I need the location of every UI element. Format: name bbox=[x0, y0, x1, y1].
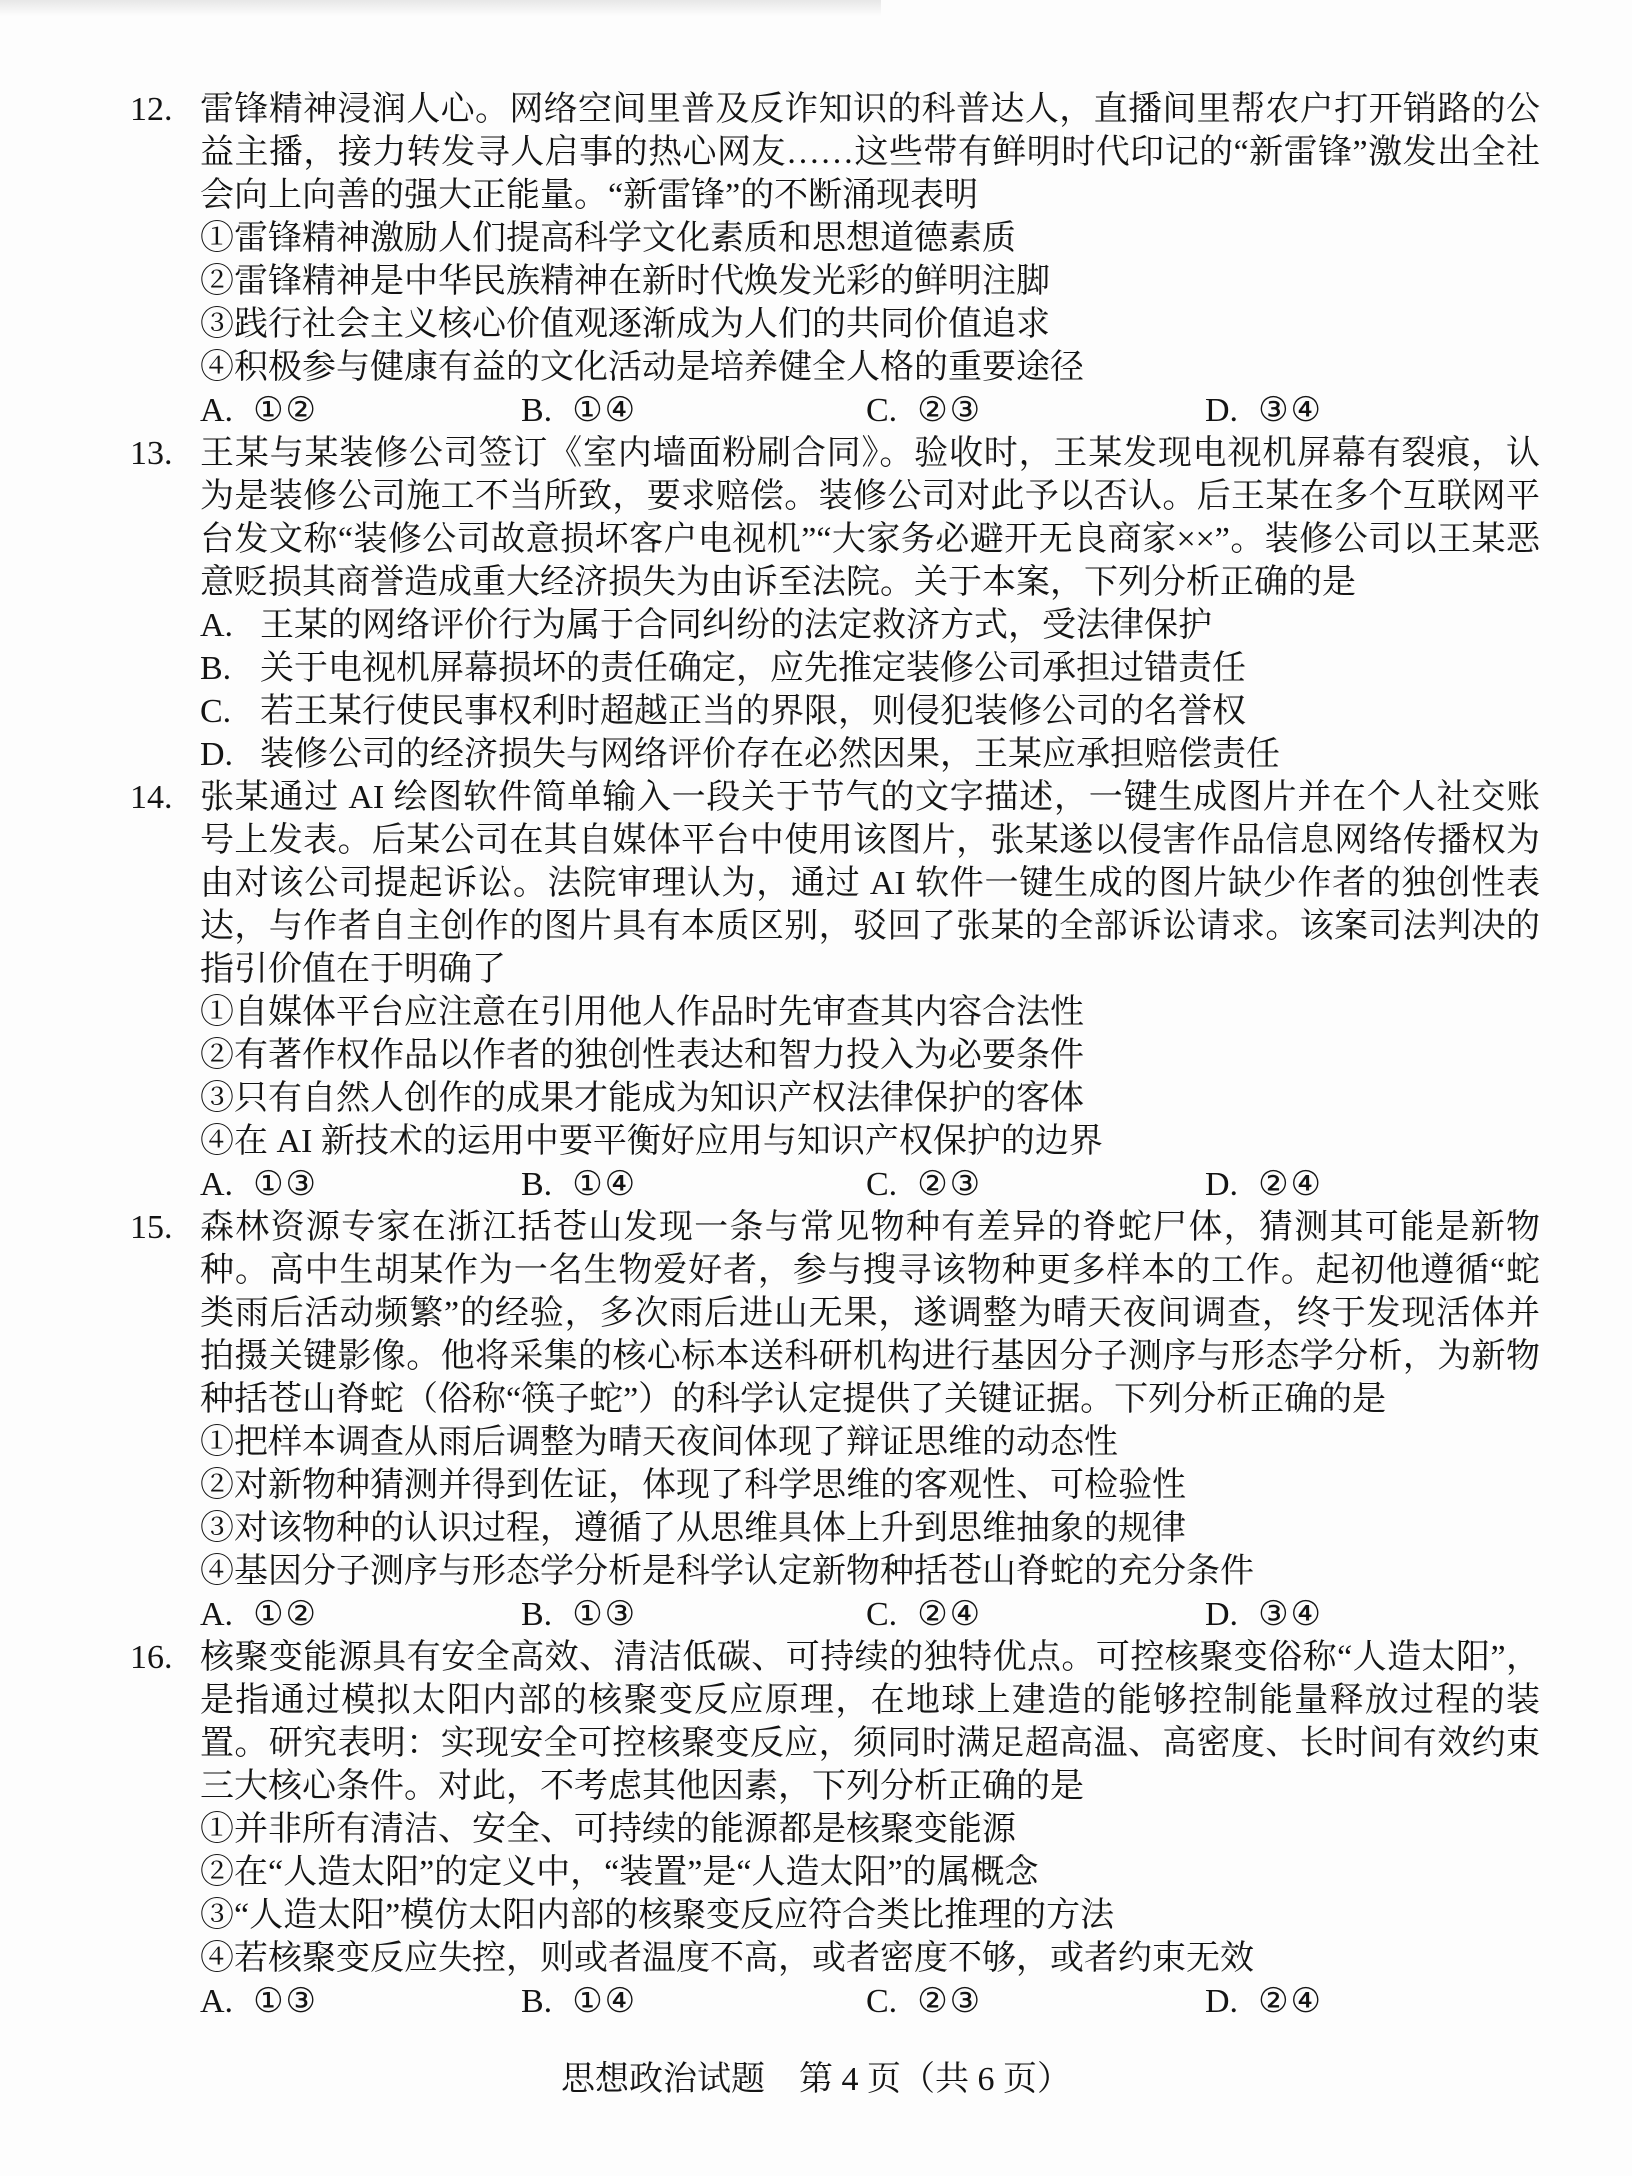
questions-area: 12. 雷锋精神浸润人心。网络空间里普及反诈知识的科普达人，直播间里帮农户打开销… bbox=[130, 88, 1540, 2023]
choice-label: C. bbox=[866, 1980, 897, 2023]
option-label: C. bbox=[200, 690, 260, 733]
choice-label: C. bbox=[866, 389, 897, 432]
question-number: 14. bbox=[130, 776, 200, 1206]
choice-label: D. bbox=[1205, 1980, 1238, 2023]
question-13: 13. 王某与某装修公司签订《室内墙面粉刷合同》。验收时，王某发现电视机屏幕有裂… bbox=[130, 432, 1540, 776]
question-number: 15. bbox=[130, 1206, 200, 1636]
choice-c: C.②④ bbox=[866, 1593, 1205, 1636]
option-d: D.装修公司的经济损失与网络评价存在必然因果，王某应承担赔偿责任 bbox=[200, 733, 1540, 776]
choice-label: A. bbox=[200, 1163, 233, 1206]
question-stem: 王某与某装修公司签订《室内墙面粉刷合同》。验收时，王某发现电视机屏幕有裂痕，认为… bbox=[200, 432, 1540, 604]
choice-label: B. bbox=[521, 1163, 552, 1206]
question-body: 王某与某装修公司签订《室内墙面粉刷合同》。验收时，王某发现电视机屏幕有裂痕，认为… bbox=[200, 432, 1540, 776]
statement-1: ①把样本调查从雨后调整为晴天夜间体现了辩证思维的动态性 bbox=[200, 1421, 1540, 1464]
question-16: 16. 核聚变能源具有安全高效、清洁低碳、可持续的独特优点。可控核聚变俗称“人造… bbox=[130, 1636, 1540, 2023]
statement-1: ①自媒体平台应注意在引用他人作品时先审查其内容合法性 bbox=[200, 991, 1540, 1034]
question-stem: 雷锋精神浸润人心。网络空间里普及反诈知识的科普达人，直播间里帮农户打开销路的公益… bbox=[200, 88, 1540, 217]
option-c: C.若王某行使民事权利时超越正当的界限，则侵犯装修公司的名誉权 bbox=[200, 690, 1540, 733]
choice-d: D.③④ bbox=[1205, 389, 1540, 432]
choice-label: D. bbox=[1205, 1163, 1238, 1206]
choice-c: C.②③ bbox=[866, 389, 1205, 432]
option-a: A.王某的网络评价行为属于合同纠纷的法定救济方式，受法律保护 bbox=[200, 604, 1540, 647]
statement-4: ④积极参与健康有益的文化活动是培养健全人格的重要途径 bbox=[200, 346, 1540, 389]
choice-label: A. bbox=[200, 1593, 233, 1636]
statement-1: ①雷锋精神激励人们提高科学文化素质和思想道德素质 bbox=[200, 217, 1540, 260]
question-12: 12. 雷锋精神浸润人心。网络空间里普及反诈知识的科普达人，直播间里帮农户打开销… bbox=[130, 88, 1540, 432]
question-body: 核聚变能源具有安全高效、清洁低碳、可持续的独特优点。可控核聚变俗称“人造太阳”，… bbox=[200, 1636, 1540, 2023]
choice-label: C. bbox=[866, 1593, 897, 1636]
option-text: 装修公司的经济损失与网络评价存在必然因果，王某应承担赔偿责任 bbox=[260, 733, 1540, 776]
choice-label: D. bbox=[1205, 389, 1238, 432]
statement-2: ②在“人造太阳”的定义中，“装置”是“人造太阳”的属概念 bbox=[200, 1851, 1540, 1894]
choice-label: B. bbox=[521, 389, 552, 432]
option-text: 若王某行使民事权利时超越正当的界限，则侵犯装修公司的名誉权 bbox=[260, 690, 1540, 733]
question-body: 森林资源专家在浙江括苍山发现一条与常见物种有差异的脊蛇尸体，猜测其可能是新物种。… bbox=[200, 1206, 1540, 1636]
choice-d: D.②④ bbox=[1205, 1980, 1540, 2023]
question-stem: 森林资源专家在浙江括苍山发现一条与常见物种有差异的脊蛇尸体，猜测其可能是新物种。… bbox=[200, 1206, 1540, 1421]
choice-label: A. bbox=[200, 1980, 233, 2023]
choice-b: B.①③ bbox=[521, 1593, 866, 1636]
choice-label: B. bbox=[521, 1980, 552, 2023]
choice-d: D.③④ bbox=[1205, 1593, 1540, 1636]
page-footer: 思想政治试题 第 4 页（共 6 页） bbox=[0, 2058, 1632, 2101]
choice-b: B.①④ bbox=[521, 1163, 866, 1206]
option-label: D. bbox=[200, 733, 260, 776]
statement-2: ②有著作权作品以作者的独创性表达和智力投入为必要条件 bbox=[200, 1034, 1540, 1077]
choices-row: A.①② B.①③ C.②④ D.③④ bbox=[200, 1593, 1540, 1636]
choice-b: B.①④ bbox=[521, 1980, 866, 2023]
choice-value: ①④ bbox=[572, 1983, 637, 2020]
question-body: 张某通过 AI 绘图软件简单输入一段关于节气的文字描述，一键生成图片并在个人社交… bbox=[200, 776, 1540, 1206]
option-text: 王某的网络评价行为属于合同纠纷的法定救济方式，受法律保护 bbox=[260, 604, 1540, 647]
question-stem: 张某通过 AI 绘图软件简单输入一段关于节气的文字描述，一键生成图片并在个人社交… bbox=[200, 776, 1540, 991]
choice-b: B.①④ bbox=[521, 389, 866, 432]
statement-1: ①并非所有清洁、安全、可持续的能源都是核聚变能源 bbox=[200, 1808, 1540, 1851]
option-label: A. bbox=[200, 604, 260, 647]
choices-row: A.①③ B.①④ C.②③ D.②④ bbox=[200, 1980, 1540, 2023]
statement-3: ③对该物种的认识过程，遵循了从思维具体上升到思维抽象的规律 bbox=[200, 1507, 1540, 1550]
question-number: 16. bbox=[130, 1636, 200, 2023]
statement-4: ④在 AI 新技术的运用中要平衡好应用与知识产权保护的边界 bbox=[200, 1120, 1540, 1163]
choice-label: B. bbox=[521, 1593, 552, 1636]
statement-3: ③“人造太阳”模仿太阳内部的核聚变反应符合类比推理的方法 bbox=[200, 1894, 1540, 1937]
choice-value: ②③ bbox=[917, 1166, 982, 1203]
choice-a: A.①③ bbox=[200, 1980, 521, 2023]
choices-row: A.①③ B.①④ C.②③ D.②④ bbox=[200, 1163, 1540, 1206]
question-15: 15. 森林资源专家在浙江括苍山发现一条与常见物种有差异的脊蛇尸体，猜测其可能是… bbox=[130, 1206, 1540, 1636]
choice-value: ③④ bbox=[1258, 1596, 1323, 1633]
choice-value: ①③ bbox=[253, 1166, 318, 1203]
statement-3: ③只有自然人创作的成果才能成为知识产权法律保护的客体 bbox=[200, 1077, 1540, 1120]
choice-c: C.②③ bbox=[866, 1163, 1205, 1206]
question-14: 14. 张某通过 AI 绘图软件简单输入一段关于节气的文字描述，一键生成图片并在… bbox=[130, 776, 1540, 1206]
statement-2: ②雷锋精神是中华民族精神在新时代焕发光彩的鲜明注脚 bbox=[200, 260, 1540, 303]
statement-4: ④基因分子测序与形态学分析是科学认定新物种括苍山脊蛇的充分条件 bbox=[200, 1550, 1540, 1593]
scan-edge-artifact bbox=[0, 0, 881, 16]
choice-label: C. bbox=[866, 1163, 897, 1206]
option-label: B. bbox=[200, 647, 260, 690]
statement-3: ③践行社会主义核心价值观逐渐成为人们的共同价值追求 bbox=[200, 303, 1540, 346]
choice-value: ①② bbox=[253, 392, 318, 429]
choice-d: D.②④ bbox=[1205, 1163, 1540, 1206]
choice-label: D. bbox=[1205, 1593, 1238, 1636]
choice-value: ①② bbox=[253, 1596, 318, 1633]
choice-value: ③④ bbox=[1258, 392, 1323, 429]
question-stem: 核聚变能源具有安全高效、清洁低碳、可持续的独特优点。可控核聚变俗称“人造太阳”，… bbox=[200, 1636, 1540, 1808]
question-number: 12. bbox=[130, 88, 200, 432]
choice-value: ②③ bbox=[917, 392, 982, 429]
statement-2: ②对新物种猜测并得到佐证，体现了科学思维的客观性、可检验性 bbox=[200, 1464, 1540, 1507]
choice-a: A.①② bbox=[200, 1593, 521, 1636]
choice-value: ①③ bbox=[572, 1596, 637, 1633]
question-body: 雷锋精神浸润人心。网络空间里普及反诈知识的科普达人，直播间里帮农户打开销路的公益… bbox=[200, 88, 1540, 432]
footer-text: 思想政治试题 第 4 页（共 6 页） bbox=[561, 2061, 1071, 2098]
choices-row: A.①② B.①④ C.②③ D.③④ bbox=[200, 389, 1540, 432]
question-number: 13. bbox=[130, 432, 200, 776]
choice-c: C.②③ bbox=[866, 1980, 1205, 2023]
choice-value: ①④ bbox=[572, 1166, 637, 1203]
exam-page: 12. 雷锋精神浸润人心。网络空间里普及反诈知识的科普达人，直播间里帮农户打开销… bbox=[0, 0, 1632, 2176]
choice-a: A.①② bbox=[200, 389, 521, 432]
statement-4: ④若核聚变反应失控，则或者温度不高，或者密度不够，或者约束无效 bbox=[200, 1937, 1540, 1980]
choice-a: A.①③ bbox=[200, 1163, 521, 1206]
choice-value: ①④ bbox=[572, 392, 637, 429]
choice-value: ①③ bbox=[253, 1983, 318, 2020]
choice-value: ②④ bbox=[1258, 1983, 1323, 2020]
choice-label: A. bbox=[200, 389, 233, 432]
option-text: 关于电视机屏幕损坏的责任确定，应先推定装修公司承担过错责任 bbox=[260, 647, 1540, 690]
choice-value: ②④ bbox=[917, 1596, 982, 1633]
choice-value: ②④ bbox=[1258, 1166, 1323, 1203]
choice-value: ②③ bbox=[917, 1983, 982, 2020]
option-b: B.关于电视机屏幕损坏的责任确定，应先推定装修公司承担过错责任 bbox=[200, 647, 1540, 690]
